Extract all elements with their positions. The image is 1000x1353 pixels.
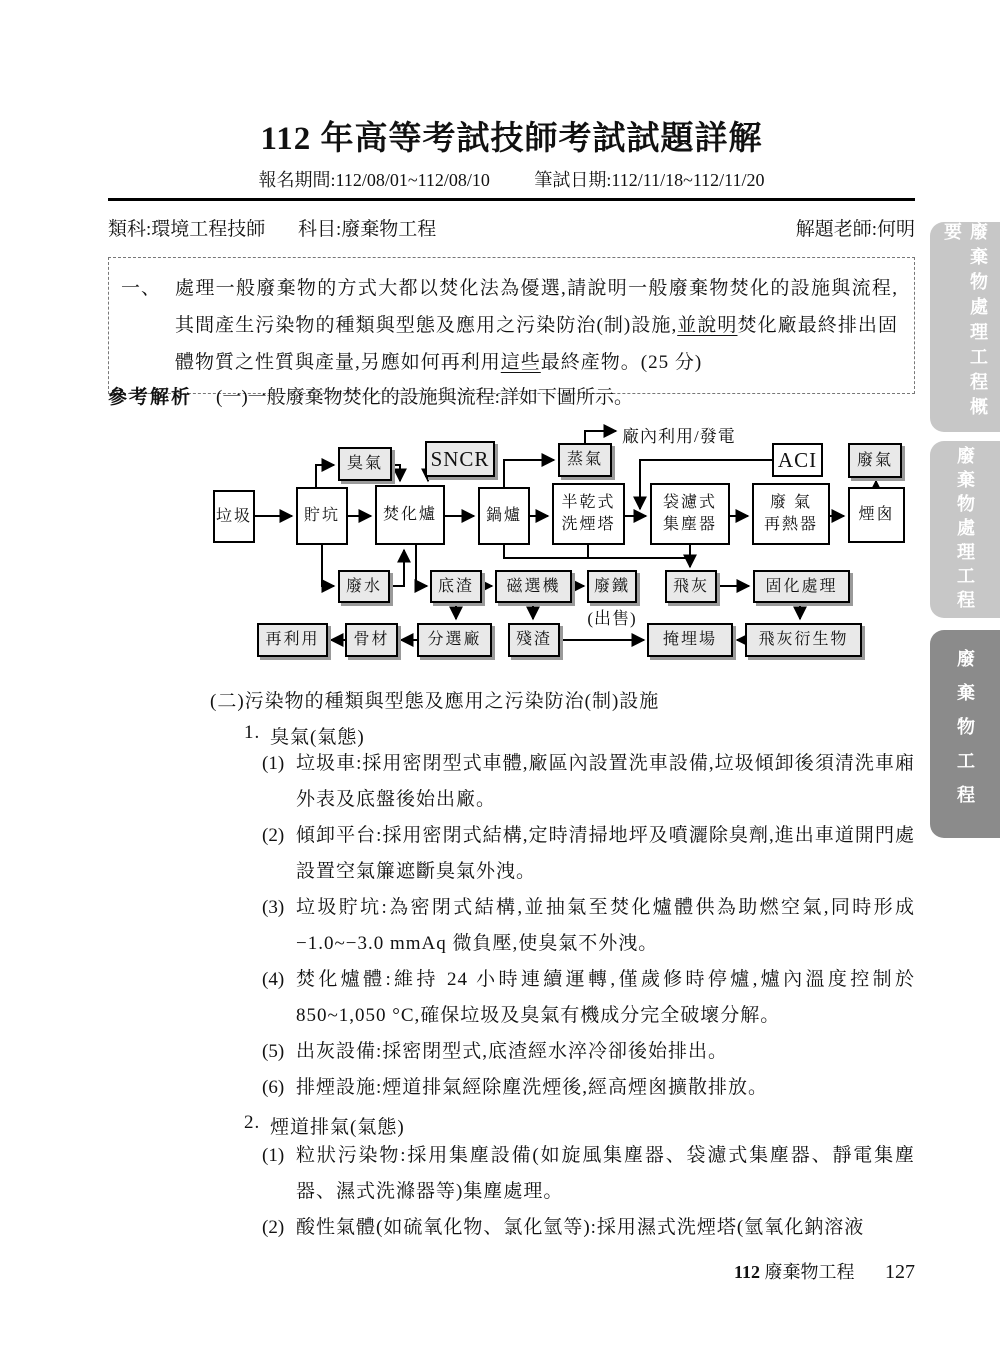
list2-heading: 2. 煙道排氣(氣態) — [244, 1112, 915, 1139]
list-item: (1) 垃圾車:採用密閉型式車體,廠區內設置洗車設備,垃圾傾卸後須清洗車廂外表及… — [262, 746, 915, 818]
footer-page-number: 127 — [885, 1261, 915, 1283]
list1-title: 臭氣(氣態) — [270, 722, 365, 749]
list-item: (3) 垃圾貯坑:為密閉式結構,並抽氣至焚化爐體供為助燃空氣,同時形成−1.0~… — [262, 890, 915, 962]
teacher-label: 解題老師:何明 — [796, 214, 915, 241]
flow-box-reuse: 再利用 — [257, 623, 328, 657]
list-item: (6) 排煙設施:煙道排氣經除塵洗煙後,經高煙囪擴散排放。 — [262, 1070, 915, 1106]
question-box: 一、 處理一般廢棄物的方式大都以焚化法為優選,請說明一般廢棄物焚化的設施與流程,… — [108, 257, 915, 394]
flow-box-residue: 殘渣 — [508, 623, 560, 657]
category-subject: 類科:環境工程技師 科目:廢棄物工程 — [108, 214, 436, 241]
item-text: 出灰設備:採密閉型式,底渣經水淬冷卻後始排出。 — [296, 1034, 915, 1070]
flow-box-gas-reheater: 廢 氣 再熱器 — [752, 483, 830, 545]
flow-box-fly-ash: 飛灰 — [665, 570, 717, 603]
flow-box-semidry-scrubber: 半乾式 洗煙塔 — [552, 483, 625, 545]
item-marker: (2) — [262, 818, 296, 890]
flow-box-landfill: 掩埋場 — [647, 623, 733, 657]
flow-box-sorting-plant: 分選廠 — [417, 623, 492, 657]
page-footer: 112 廢棄物工程 127 — [108, 1258, 915, 1284]
flow-box-odor: 臭氣 — [338, 447, 392, 481]
list1-heading: 1. 臭氣(氣態) — [244, 722, 915, 749]
flow-box-storage-pit: 貯坑 — [296, 487, 348, 545]
flow-box-exhaust-gas: 廢氣 — [848, 443, 902, 478]
written-exam-date: 筆試日期:112/11/18~112/11/20 — [534, 170, 764, 190]
solution-label: 參考解析 — [108, 382, 192, 409]
list1-number: 1. — [244, 722, 270, 749]
sidebar-tab-waste-treatment-engineering: 廢棄物處理工程 — [930, 441, 1000, 618]
solution-heading-row: 參考解析 (一)一般廢棄物焚化的設施與流程:詳如下圖所示。 — [108, 382, 915, 409]
sidebar-tab-waste-treatment-engineering-outline: 廢棄物處理工程概要 — [930, 222, 1000, 432]
list2-number: 2. — [244, 1112, 270, 1139]
flow-box-scrap-iron: 廢鐵 — [587, 570, 637, 603]
footer-year: 112 — [734, 1262, 760, 1282]
part2-heading: (二)污染物的種類與型態及應用之污染防治(制)設施 — [210, 686, 916, 713]
question-text: 處理一般廢棄物的方式大都以焚化法為優選,請說明一般廢棄物焚化的設施與流程,其間產… — [175, 270, 898, 381]
item-text: 排煙設施:煙道排氣經除塵洗煙後,經高煙囪擴散排放。 — [296, 1070, 915, 1106]
item-marker: (5) — [262, 1034, 296, 1070]
item-text: 垃圾貯坑:為密閉式結構,並抽氣至焚化爐體供為助燃空氣,同時形成−1.0~−3.0… — [296, 890, 915, 962]
item-text: 垃圾車:採用密閉型式車體,廠區內設置洗車設備,垃圾傾卸後須清洗車廂外表及底盤後始… — [296, 746, 915, 818]
registration-period: 報名期間:112/08/01~112/08/10 — [259, 170, 490, 190]
flow-box-incinerator: 焚化爐 — [375, 485, 445, 545]
item-marker: (6) — [262, 1070, 296, 1106]
energy-use-label: 廠內利用/發電 — [622, 422, 736, 447]
question-seg3: 最終產物。(25 分) — [541, 352, 702, 373]
list-item: (4) 焚化爐體:維持 24 小時連續運轉,僅歲修時停爐,爐內溫度控制於850~… — [262, 962, 915, 1034]
flow-box-magnetic-separator: 磁選機 — [495, 570, 572, 603]
flow-box-solidification: 固化處理 — [753, 570, 850, 603]
list2-title: 煙道排氣(氣態) — [270, 1112, 405, 1139]
item-marker: (2) — [262, 1210, 296, 1246]
list-item: (5) 出灰設備:採密閉型式,底渣經水淬冷卻後始排出。 — [262, 1034, 915, 1070]
item-text: 粒狀污染物:採用集塵設備(如旋風集塵器、袋濾式集塵器、靜電集塵器、濕式洗滌器等)… — [296, 1138, 915, 1210]
sidebar-tab-waste-engineering-active: 廢棄物工程 — [930, 630, 1000, 838]
list-item: (2) 酸性氣體(如硫氧化物、氯化氫等):採用濕式洗煙塔(氫氧化鈉溶液 — [262, 1210, 915, 1246]
part1-heading: (一)一般廢棄物焚化的設施與流程:詳如下圖所示。 — [216, 382, 633, 409]
item-text: 焚化爐體:維持 24 小時連續運轉,僅歲修時停爐,爐內溫度控制於850~1,05… — [296, 962, 915, 1034]
subject-label: 科目:廢棄物工程 — [298, 219, 436, 240]
footer-book-title: 廢棄物工程 — [765, 1262, 855, 1282]
flow-box-aggregate: 骨材 — [345, 623, 398, 657]
header-divider — [108, 198, 915, 201]
list-item: (1) 粒狀污染物:採用集塵設備(如旋風集塵器、袋濾式集塵器、靜電集塵器、濕式洗… — [262, 1138, 915, 1210]
flow-box-baghouse: 袋濾式 集塵器 — [650, 483, 730, 545]
for-sale-label: (出售) — [577, 604, 647, 629]
category-label: 類科:環境工程技師 — [108, 219, 265, 240]
page-title: 112 年高等考試技師考試試題詳解 — [108, 112, 915, 159]
item-marker: (3) — [262, 890, 296, 962]
meta-row: 類科:環境工程技師 科目:廢棄物工程 解題老師:何明 — [108, 214, 915, 241]
question-number: 一、 — [121, 270, 175, 381]
list1-items: (1) 垃圾車:採用密閉型式車體,廠區內設置洗車設備,垃圾傾卸後須清洗車廂外表及… — [262, 746, 915, 1106]
scanned-exam-page: 112 年高等考試技師考試試題詳解 報名期間:112/08/01~112/08/… — [0, 0, 1000, 1353]
item-marker: (1) — [262, 1138, 296, 1210]
flow-box-stack: 煙囪 — [848, 487, 905, 543]
list2-items: (1) 粒狀污染物:採用集塵設備(如旋風集塵器、袋濾式集塵器、靜電集塵器、濕式洗… — [262, 1138, 915, 1246]
item-text: 傾卸平台:採用密閉式結構,定時清掃地坪及噴灑除臭劑,進出車道開門處設置空氣簾遮斷… — [296, 818, 915, 890]
exam-dates-line: 報名期間:112/08/01~112/08/10 筆試日期:112/11/18~… — [108, 166, 915, 192]
flow-box-sncr: SNCR — [425, 441, 495, 477]
question-underline1: 並說明 — [677, 315, 737, 336]
question-underline2: 這些 — [501, 352, 541, 373]
flow-box-flyash-derivative: 飛灰衍生物 — [745, 623, 862, 657]
list-item: (2) 傾卸平台:採用密閉式結構,定時清掃地坪及噴灑除臭劑,進出車道開門處設置空… — [262, 818, 915, 890]
flow-box-steam: 蒸氣 — [558, 443, 612, 477]
item-text: 酸性氣體(如硫氧化物、氯化氫等):採用濕式洗煙塔(氫氧化鈉溶液 — [296, 1210, 915, 1246]
flow-box-wastewater: 廢水 — [338, 570, 390, 603]
flow-box-garbage: 垃圾 — [213, 490, 255, 543]
flow-box-aci: ACI — [772, 443, 823, 477]
item-marker: (1) — [262, 746, 296, 818]
flow-box-bottom-ash: 底渣 — [430, 570, 482, 603]
item-marker: (4) — [262, 962, 296, 1034]
flow-box-boiler: 鍋爐 — [478, 487, 530, 545]
incineration-flow-diagram: 廠內利用/發電 (出售) 臭氣 SNCR 蒸氣 ACI 廢氣 垃圾 貯坑 焚化爐… — [0, 415, 1000, 677]
